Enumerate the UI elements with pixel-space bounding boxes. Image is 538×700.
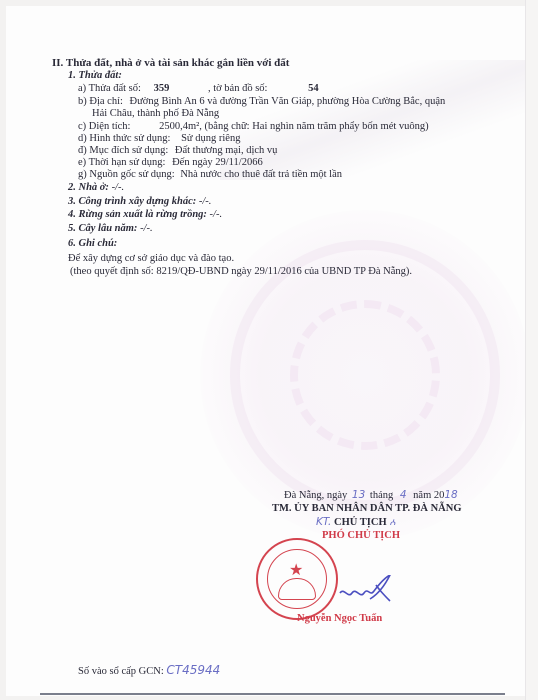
area-row: c) Diện tích: 2500,4m², (bằng chữ: Hai n… (78, 121, 429, 133)
perennial-row: 5. Cây lâu năm: -/-. (68, 223, 153, 235)
date-prefix: Đà Nẵng, ngày (284, 490, 347, 501)
star-icon: ★ (289, 560, 303, 580)
emblem-icon (278, 578, 316, 600)
registry-number: CT45944 (166, 663, 220, 677)
address-row: b) Địa chỉ: Đường Bình An 6 và đường Trầ… (78, 96, 445, 108)
term-row: e) Thời hạn sử dụng: Đến ngày 29/11/2066 (78, 157, 263, 169)
date-line: Đà Nẵng, ngày 13 tháng 4 năm 2018 (284, 489, 458, 502)
registry-label: Số vào sổ cấp GCN: (78, 666, 164, 677)
initial-mark: ꭅ (389, 516, 396, 528)
area-label: c) Diện tích: (78, 121, 130, 132)
parcel-number: 359 (154, 83, 170, 94)
map-sheet-number: 54 (308, 83, 319, 94)
parcel-label: a) Thửa đất số: (78, 83, 141, 94)
origin-label: g) Nguồn gốc sử dụng: (78, 169, 175, 180)
year-label: năm 20 (413, 490, 444, 501)
map-sheet-label: , tờ bản đồ số: (208, 83, 268, 94)
notes-line-1: Để xây dựng cơ sở giáo dục và đào tạo. (68, 253, 234, 265)
perennial-value: -/-. (140, 223, 153, 234)
section-title: II. Thửa đất, nhà ở và tài sản khác gắn … (52, 57, 289, 69)
address-line-2: Hải Châu, thành phố Đà Nẵng (92, 108, 219, 120)
term-value: Đến ngày 29/11/2066 (172, 157, 263, 168)
term-label: e) Thời hạn sử dụng: (78, 157, 165, 168)
chairman-title: CHỦ TỊCH (334, 517, 387, 528)
forest-row: 4. Rừng sản xuất là rừng trồng: -/-. (68, 209, 222, 221)
signer-name: Nguyễn Ngọc Tuấn (297, 613, 382, 625)
land-heading: 1. Thửa đất: (68, 70, 122, 82)
kt-mark: KT. (316, 516, 331, 528)
bottom-divider (40, 693, 505, 695)
usage-form-label: d) Hình thức sử dụng: (78, 133, 170, 144)
other-works-heading: 3. Công trình xây dựng khác: (68, 196, 196, 207)
vice-chairman-title: PHÓ CHỦ TỊCH (322, 530, 400, 542)
forest-heading: 4. Rừng sản xuất là rừng trồng: (68, 209, 207, 220)
official-seal: ★ (256, 538, 338, 620)
origin-value: Nhà nước cho thuê đất trả tiền một lần (180, 169, 342, 180)
notes-line-2: (theo quyết định số: 8219/QĐ-UBND ngày 2… (70, 266, 412, 278)
usage-form-value: Sử dụng riêng (181, 133, 240, 144)
house-heading: 2. Nhà ở: (68, 182, 109, 193)
address-line-1: Đường Bình An 6 và đường Trần Văn Giáp, … (130, 96, 446, 107)
month-label: tháng (370, 490, 393, 501)
area-value: 2500,4m², (bằng chữ: Hai nghìn năm trăm … (159, 121, 429, 132)
other-works-row: 3. Công trình xây dựng khác: -/-. (68, 196, 211, 208)
background-band (220, 60, 538, 180)
authority: TM. ỦY BAN NHÂN DÂN TP. ĐÀ NẴNG (272, 503, 462, 515)
usage-form-row: d) Hình thức sử dụng: Sử dụng riêng (78, 133, 240, 145)
day-value: 13 (352, 489, 365, 501)
year-suffix: 18 (444, 489, 457, 501)
purpose-label: đ) Mục đích sử dụng: (78, 145, 168, 156)
signature (336, 575, 396, 607)
chairman-line: KT. CHỦ TỊCH ꭅ (316, 516, 396, 529)
purpose-row: đ) Mục đích sử dụng: Đất thương mại, dịc… (78, 145, 277, 157)
perennial-heading: 5. Cây lâu năm: (68, 223, 137, 234)
purpose-value: Đất thương mại, dịch vụ (175, 145, 278, 156)
address-label: b) Địa chỉ: (78, 96, 123, 107)
notes-heading: 6. Ghi chú: (68, 238, 117, 250)
parcel-row: a) Thửa đất số: 359 , tờ bản đồ số: 54 (78, 83, 319, 95)
page-edge (525, 0, 538, 700)
month-value: 4 (400, 489, 407, 501)
origin-row: g) Nguồn gốc sử dụng: Nhà nước cho thuê … (78, 169, 342, 181)
house-row: 2. Nhà ở: -/-. (68, 182, 124, 194)
registry-row: Số vào sổ cấp GCN: CT45944 (78, 664, 220, 678)
other-works-value: -/-. (199, 196, 212, 207)
house-value: -/-. (112, 182, 125, 193)
forest-value: -/-. (210, 209, 223, 220)
